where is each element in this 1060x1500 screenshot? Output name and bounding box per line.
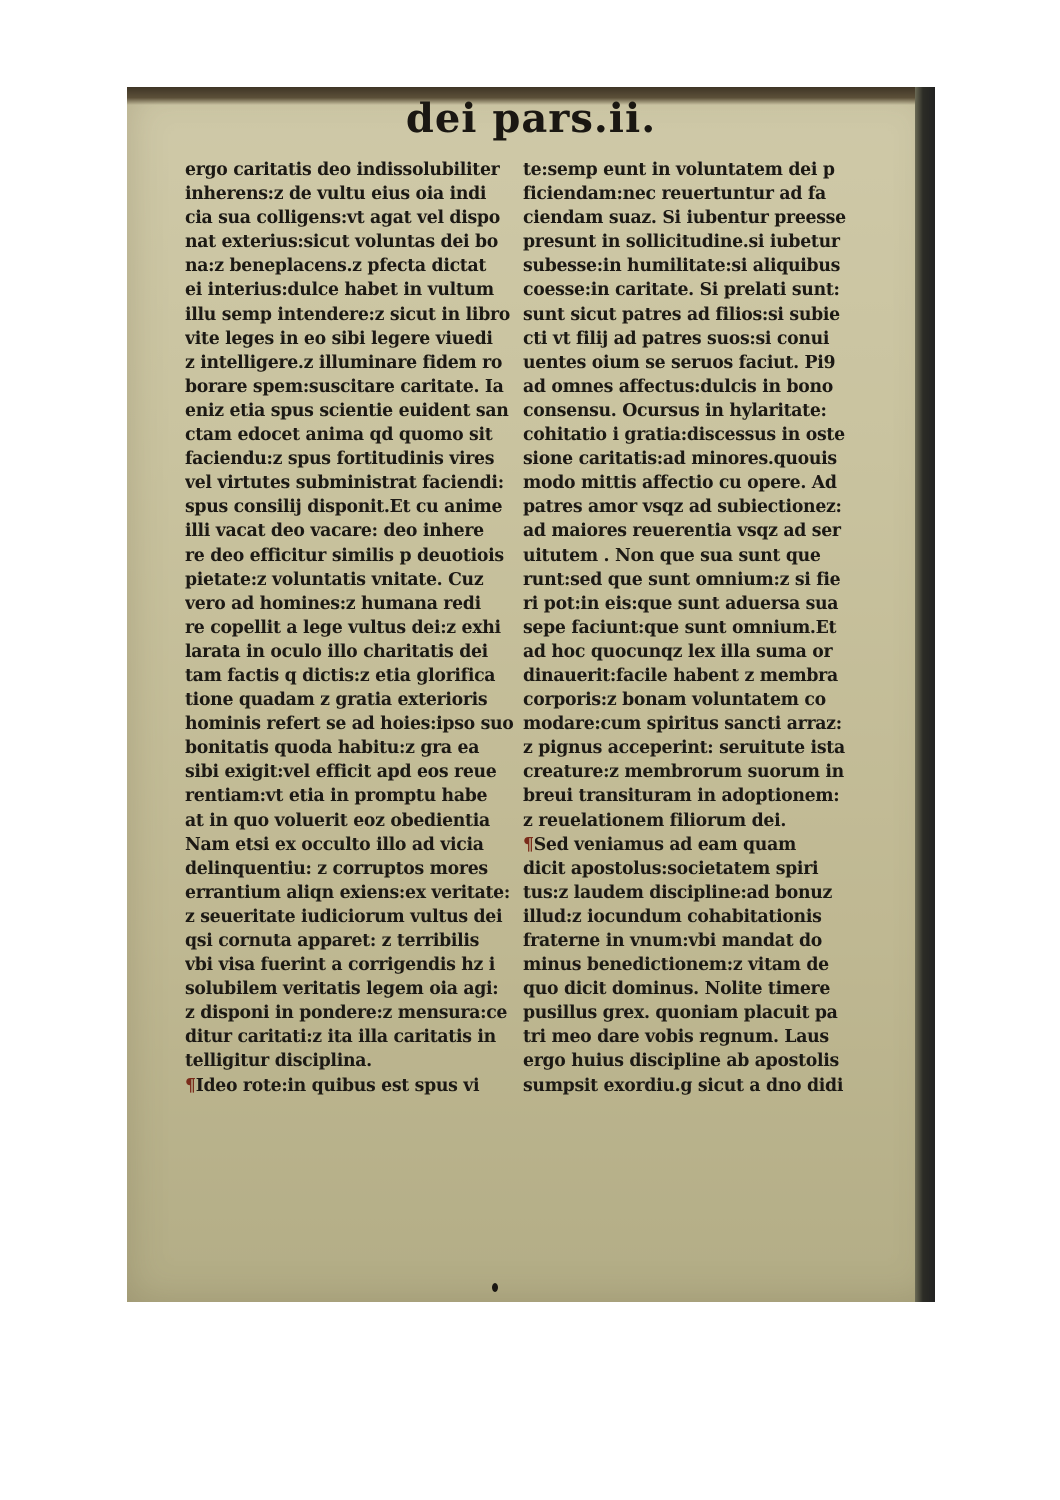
text-line: ¶Ideo rote:in quibus est spus vi <box>185 1074 520 1098</box>
text-line: te:semp eunt in voluntatem dei p <box>523 158 883 182</box>
text-line: spus consilij disponit.Et cu anime <box>185 495 520 519</box>
text-line: tam factis q dictis:z etia glorifica <box>185 664 520 688</box>
text-line: creature:z membrorum suorum in <box>523 760 883 784</box>
text-line: solubilem veritatis legem oia agi: <box>185 977 520 1001</box>
book-page-scan: dei pars.ii. ergo caritatis deo indissol… <box>127 87 935 1302</box>
text-line: vero ad homines:z humana redi <box>185 592 520 616</box>
text-line: ei interius:dulce habet in vultum <box>185 278 520 302</box>
text-line: quo dicit dominus. Nolite timere <box>523 977 883 1001</box>
text-line: sunt sicut patres ad filios:si subie <box>523 303 883 327</box>
text-line: re copellit a lege vultus dei:z exhi <box>185 616 520 640</box>
text-line: vel virtutes subministrat faciendi: <box>185 471 520 495</box>
text-line: qsi cornuta apparet: z terribilis <box>185 929 520 953</box>
text-line: corporis:z bonam voluntatem co <box>523 688 883 712</box>
text-line: illu semp intendere:z sicut in libro <box>185 303 520 327</box>
text-line: illi vacat deo vacare: deo inhere <box>185 519 520 543</box>
text-line: z seueritate iudiciorum vultus dei <box>185 905 520 929</box>
text-line: inherens:z de vultu eius oia indi <box>185 182 520 206</box>
text-line: sumpsit exordiu.g sicut a dno didi <box>523 1074 883 1098</box>
text-line: telligitur disciplina. <box>185 1049 520 1073</box>
text-line: ri pot:in eis:que sunt aduersa sua <box>523 592 883 616</box>
right-text-column: te:semp eunt in voluntatem dei pficienda… <box>523 158 883 1098</box>
ink-spot-mark <box>492 1283 498 1292</box>
text-line: pietate:z voluntatis vnitate. Cuz <box>185 568 520 592</box>
text-line: vite leges in eo sibi legere viuedi <box>185 327 520 351</box>
text-line: at in quo voluerit eoz obedientia <box>185 809 520 833</box>
text-line: z reuelationem filiorum dei. <box>523 809 883 833</box>
text-line: cia sua colligens:vt agat vel dispo <box>185 206 520 230</box>
text-line: sione caritatis:ad minores.quouis <box>523 447 883 471</box>
text-line: ad hoc quocunqz lex illa suma or <box>523 640 883 664</box>
text-line: subesse:in humilitate:si aliquibus <box>523 254 883 278</box>
text-line: tus:z laudem discipline:ad bonuz <box>523 881 883 905</box>
text-line: faciendu:z spus fortitudinis vires <box>185 447 520 471</box>
text-line: tri meo dare vobis regnum. Laus <box>523 1025 883 1049</box>
binding-spine-edge <box>915 87 935 1302</box>
text-line: cohitatio i gratia:discessus in oste <box>523 423 883 447</box>
text-line: ad omnes affectus:dulcis in bono <box>523 375 883 399</box>
text-line: uentes oium se seruos faciut. Pi9 <box>523 351 883 375</box>
running-header: dei pars.ii. <box>127 95 935 142</box>
text-line: breui transituram in adoptionem: <box>523 784 883 808</box>
text-line: sibi exigit:vel efficit apd eos reue <box>185 760 520 784</box>
text-line: runt:sed que sunt omnium:z si fie <box>523 568 883 592</box>
text-line: dicit apostolus:societatem spiri <box>523 857 883 881</box>
text-line: coesse:in caritate. Si prelati sunt: <box>523 278 883 302</box>
text-line: ergo caritatis deo indissolubiliter <box>185 158 520 182</box>
text-line: z disponi in pondere:z mensura:ce <box>185 1001 520 1025</box>
text-line: ditur caritati:z ita illa caritatis in <box>185 1025 520 1049</box>
text-line: na:z beneplacens.z pfecta dictat <box>185 254 520 278</box>
text-line: ad maiores reuerentia vsqz ad ser <box>523 519 883 543</box>
text-line: sepe faciunt:que sunt omnium.Et <box>523 616 883 640</box>
text-line: z pignus acceperint: seruitute ista <box>523 736 883 760</box>
text-line: modo mittis affectio cu opere. Ad <box>523 471 883 495</box>
text-line: fraterne in vnum:vbi mandat do <box>523 929 883 953</box>
text-line: delinquentiu: z corruptos mores <box>185 857 520 881</box>
text-line: ¶Sed veniamus ad eam quam <box>523 833 883 857</box>
text-line: eniz etia spus scientie euident san <box>185 399 520 423</box>
text-line: dinauerit:facile habent z membra <box>523 664 883 688</box>
text-line: ciendam suaz. Si iubentur preesse <box>523 206 883 230</box>
text-line: z intelligere.z illuminare fidem ro <box>185 351 520 375</box>
left-text-column: ergo caritatis deo indissolubiliterinher… <box>185 158 520 1098</box>
text-line: consensu. Ocursus in hylaritate: <box>523 399 883 423</box>
text-line: uitutem . Non que sua sunt que <box>523 544 883 568</box>
text-line: nat exterius:sicut voluntas dei bo <box>185 230 520 254</box>
text-line: hominis refert se ad hoies:ipso suo <box>185 712 520 736</box>
text-line: re deo efficitur similis p deuotiois <box>185 544 520 568</box>
text-line: Nam etsi ex occulto illo ad vicia <box>185 833 520 857</box>
text-line: borare spem:suscitare caritate. Ia <box>185 375 520 399</box>
text-line: larata in oculo illo charitatis dei <box>185 640 520 664</box>
rubric-paragraph-mark-icon: ¶ <box>185 1076 196 1096</box>
text-line: pusillus grex. quoniam placuit pa <box>523 1001 883 1025</box>
text-line: patres amor vsqz ad subiectionez: <box>523 495 883 519</box>
text-line: ctam edocet anima qd quomo sit <box>185 423 520 447</box>
text-line: vbi visa fuerint a corrigendis hz i <box>185 953 520 977</box>
text-line: ergo huius discipline ab apostolis <box>523 1049 883 1073</box>
text-line: minus benedictionem:z vitam de <box>523 953 883 977</box>
text-line: errantium aliqn exiens:ex veritate: <box>185 881 520 905</box>
text-line: ficiendam:nec reuertuntur ad fa <box>523 182 883 206</box>
text-line: presunt in sollicitudine.si iubetur <box>523 230 883 254</box>
text-line: cti vt filij ad patres suos:si conui <box>523 327 883 351</box>
rubric-paragraph-mark-icon: ¶ <box>523 835 534 855</box>
text-line: tione quadam z gratia exterioris <box>185 688 520 712</box>
text-line: modare:cum spiritus sancti arraz: <box>523 712 883 736</box>
text-line: bonitatis quoda habitu:z gra ea <box>185 736 520 760</box>
text-line: illud:z iocundum cohabitationis <box>523 905 883 929</box>
text-line: rentiam:vt etia in promptu habe <box>185 784 520 808</box>
